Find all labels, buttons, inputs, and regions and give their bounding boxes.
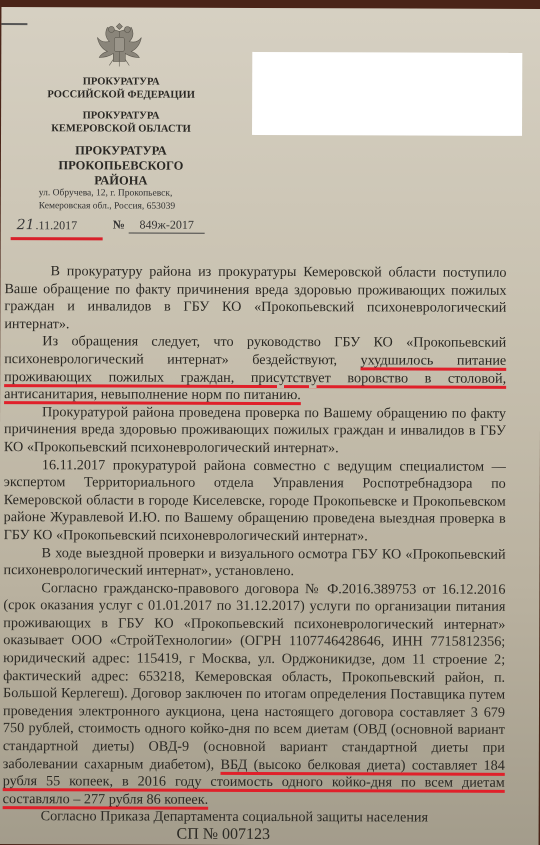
header-line: ПРОКУРАТУРА xyxy=(31,143,211,159)
header-line: ПРОКУРАТУРА xyxy=(31,75,211,89)
russian-coat-of-arms-icon xyxy=(93,19,145,69)
address-line: Кемеровская обл., Россия, 653039 xyxy=(39,200,209,214)
paragraph-7: Согласно Приказа Департамента социальной… xyxy=(3,808,505,827)
redaction-box xyxy=(252,52,522,136)
header-prosecutor-kemerovo: ПРОКУРАТУРА КЕМЕРОВСКОЙ ОБЛАСТИ xyxy=(31,109,211,136)
paragraph-4: 16.11.2017 прокуратурой района совместно… xyxy=(4,457,506,547)
letter-number: 849ж-2017 xyxy=(129,218,205,234)
letterhead-address: ул. Обручева, 12, г. Прокопьевск, Кемеро… xyxy=(39,187,209,214)
handwritten-day: 21 xyxy=(17,217,35,233)
header-prosecutor-prokopyevsk: ПРОКУРАТУРА ПРОКОПЬЕВСКОГО РАЙОНА xyxy=(31,143,211,189)
paragraph-6: Согласно гражданско-правового договора №… xyxy=(3,580,506,810)
letter-page: ПРОКУРАТУРА РОССИЙСКОЙ ФЕДЕРАЦИИ ПРОКУРА… xyxy=(0,7,540,845)
paragraph-5: В ходе выездной проверки и визуального о… xyxy=(3,545,505,582)
paragraph-2: Из обращения следует, что руководство ГБ… xyxy=(4,333,506,405)
paragraph-1: В прокуратуру района из прокуратуры Кеме… xyxy=(4,263,506,335)
form-number: СП № 007123 xyxy=(177,826,271,844)
header-line: КЕМЕРОВСКОЙ ОБЛАСТИ xyxy=(31,122,211,136)
header-line: ПРОКУРАТУРА xyxy=(31,109,211,123)
paragraph-3: Прокуратурой района проведена проверка п… xyxy=(4,404,506,459)
header-line: РОССИЙСКОЙ ФЕДЕРАЦИИ xyxy=(31,88,211,102)
edge-line xyxy=(1,23,27,25)
letter-date: 21.11.2017 xyxy=(17,217,99,233)
date-highlight-underline xyxy=(11,237,103,240)
address-line: ул. Обручева, 12, г. Прокопьевск, xyxy=(39,187,209,201)
header-prosecutor-rf: ПРОКУРАТУРА РОССИЙСКОЙ ФЕДЕРАЦИИ xyxy=(31,75,211,102)
letter-body: В прокуратуру района из прокуратуры Кеме… xyxy=(0,263,507,828)
header-line: ПРОКОПЬЕВСКОГО РАЙОНА xyxy=(31,158,211,189)
date-printed: .11.2017 xyxy=(36,218,78,232)
number-label: № xyxy=(113,217,125,232)
paragraph-6-text: Согласно гражданско-правового договора №… xyxy=(3,580,506,773)
